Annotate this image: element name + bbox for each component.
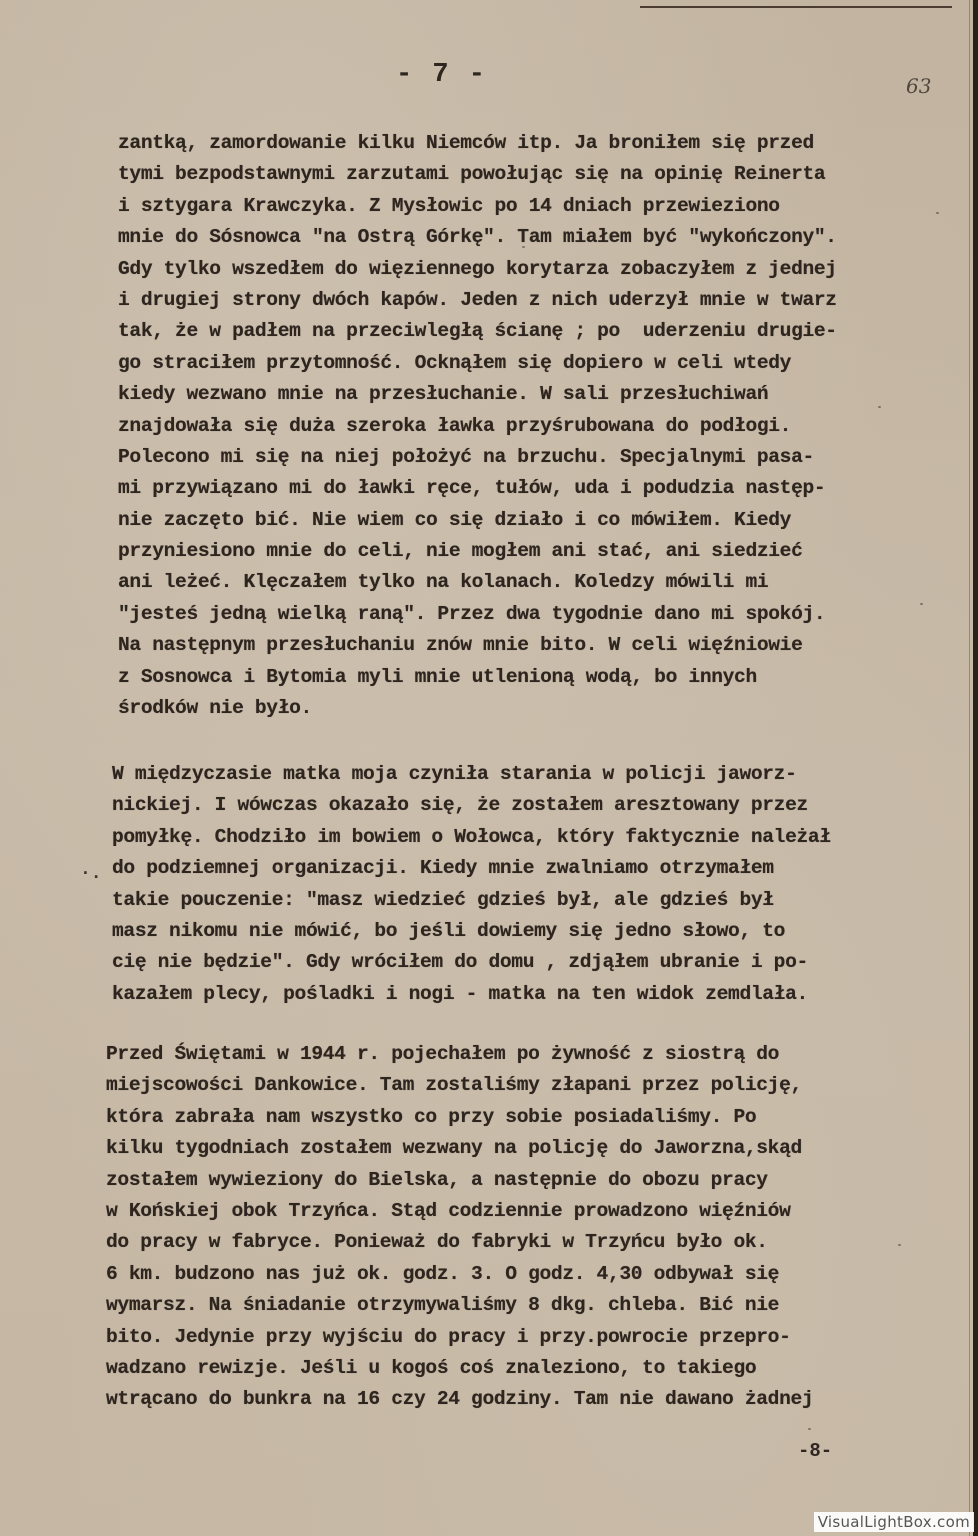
text-line: do podziemnej organizacji. Kiedy mnie zw… [112,853,942,884]
text-line: wadzano rewizje. Jeśli u kogoś coś znale… [106,1353,936,1384]
text-line: "jesteś jedną wielką raną". Przez dwa ty… [118,599,948,630]
text-line: zantką, zamordowanie kilku Niemców itp. … [118,128,948,159]
paper-speck [898,1244,901,1246]
text-line: kiedy wezwano mnie na przesłuchanie. W s… [118,379,948,410]
paragraph-2: W międzyczasie matka moja czyniła staran… [112,759,942,1010]
text-line: pomyłkę. Chodziło im bowiem o Wołowca, k… [112,822,942,853]
text-line: mi przywiązano mi do ławki ręce, tułów, … [118,473,948,504]
text-line: nie zaczęto bić. Nie wiem co się działo … [118,505,948,536]
right-page-edge-shadow [969,0,970,1536]
right-page-edge [973,0,978,1536]
text-line: Polecono mi się na niej położyć na brzuc… [118,442,948,473]
paragraph-1: zantką, zamordowanie kilku Niemców itp. … [118,128,948,724]
archive-number-handwritten: 63 [906,74,931,98]
text-line: go straciłem przytomność. Ocknąłem się d… [118,348,948,379]
text-line: ani leżeć. Klęczałem tylko na kolanach. … [118,567,948,598]
text-line: wtrącano do bunkra na 16 czy 24 godziny.… [106,1384,936,1415]
margin-mark: ·. [80,864,102,884]
next-page-marker: -8- [798,1440,832,1462]
text-line: miejscowości Dankowice. Tam zostaliśmy z… [106,1070,936,1101]
text-line: przyniesiono mnie do celi, nie mogłem an… [118,536,948,567]
text-line: tak, że w padłem na przeciwległą ścianę … [118,316,948,347]
text-line: bito. Jedynie przy wyjściu do pracy i pr… [106,1322,936,1353]
text-line: tymi bezpodstawnymi zarzutami powołując … [118,159,948,190]
text-line: W międzyczasie matka moja czyniła staran… [112,759,942,790]
paper-speck [808,1428,811,1430]
watermark: VisualLightBox.com [814,1512,974,1532]
paper-speck [936,212,939,214]
text-line: wymarsz. Na śniadanie otrzymywaliśmy 8 d… [106,1290,936,1321]
text-line: kilku tygodniach zostałem wezwany na pol… [106,1133,936,1164]
text-line: z Sosnowca i Bytomia myli mnie utlenioną… [118,662,948,693]
text-line: która zabrała nam wszystko co przy sobie… [106,1102,936,1133]
text-line: w Końskiej obok Trzyńca. Stąd codziennie… [106,1196,936,1227]
text-line: 6 km. budzono nas już ok. godz. 3. O god… [106,1259,936,1290]
text-line: mnie do Sósnowca "na Ostrą Górkę". Tam m… [118,222,948,253]
text-line: Na następnym przesłuchaniu znów mnie bit… [118,630,948,661]
paragraph-3: Przed Świętami w 1944 r. pojechałem po ż… [106,1039,936,1416]
paper-speck [878,406,881,408]
page-number: - 7 - [396,60,487,90]
text-line: masz nikomu nie mówić, bo jeśli dowiemy … [112,916,942,947]
top-edge-rule [640,6,952,8]
text-line: Przed Świętami w 1944 r. pojechałem po ż… [106,1039,936,1070]
text-line: takie pouczenie: "masz wiedzieć gdzieś b… [112,885,942,916]
text-line: Gdy tylko wszedłem do więziennego koryta… [118,254,948,285]
text-line: zostałem wywieziony do Bielska, a następ… [106,1165,936,1196]
paper-speck [522,246,525,248]
text-line: i drugiej strony dwóch kapów. Jeden z ni… [118,285,948,316]
paper-speck [920,603,923,605]
text-line: kazałem plecy, pośladki i nogi - matka n… [112,979,942,1010]
text-line: znajdowała się duża szeroka ławka przyśr… [118,411,948,442]
text-line: nickiej. I wówczas okazało się, że zosta… [112,790,942,821]
text-line: i sztygara Krawczyka. Z Mysłowic po 14 d… [118,191,948,222]
text-line: cię nie będzie". Gdy wróciłem do domu , … [112,947,942,978]
text-line: środków nie było. [118,693,948,724]
text-line: do pracy w fabryce. Ponieważ do fabryki … [106,1227,936,1258]
